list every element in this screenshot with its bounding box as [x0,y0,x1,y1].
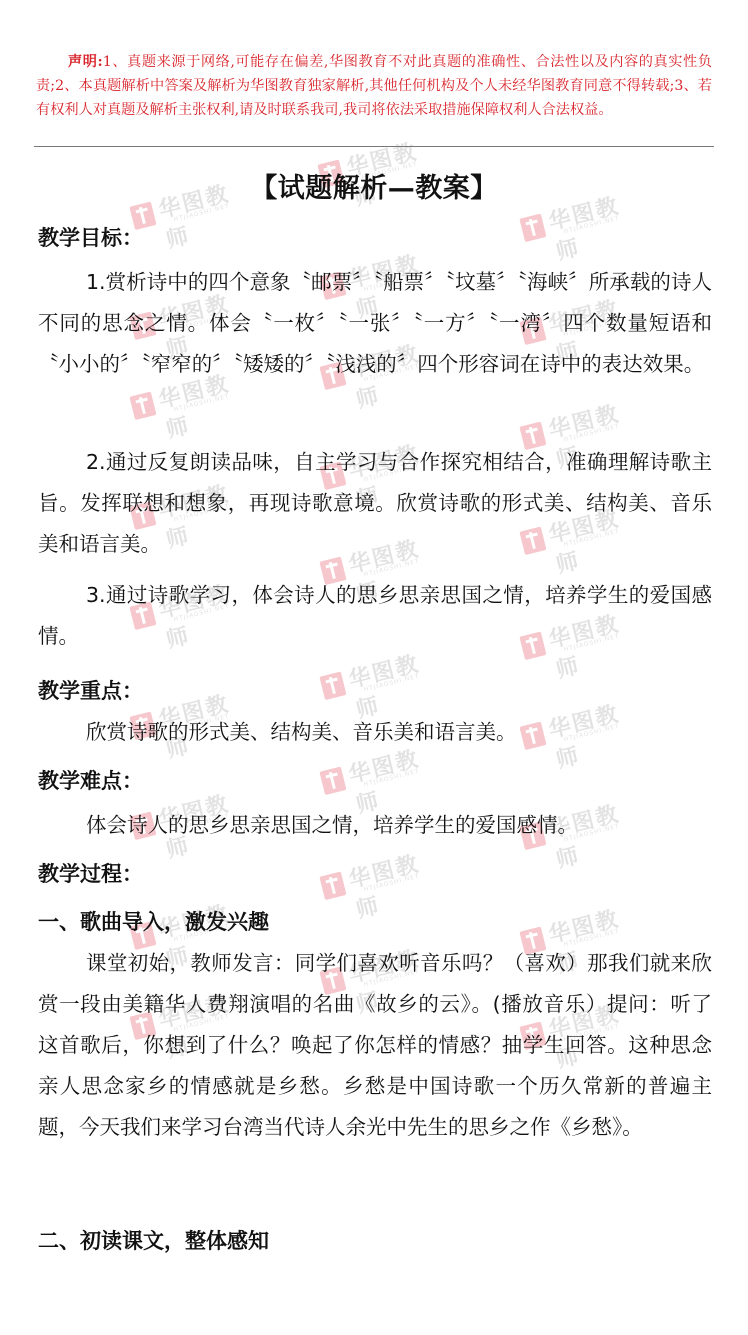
goal-item-3: 3.通过诗歌学习，体会诗人的思乡思亲思国之情，培养学生的爱国感情。 [38,575,712,657]
watermark-logo-icon: 华图教师HTJIAOSHI.NET [316,836,443,908]
section-heading-difficulties: 教学难点： [38,765,143,795]
key-points-text: 欣赏诗歌的形式美、结构美、音乐美和语言美。 [38,712,712,753]
section-heading-goals: 教学目标： [38,222,143,252]
divider [34,146,714,147]
disclaimer-label: 声明: [36,54,103,70]
step1-heading: 一、歌曲导入，激发兴趣 [38,906,269,936]
difficulties-text: 体会诗人的思乡思亲思国之情，培养学生的爱国感情。 [38,805,712,846]
section-heading-process: 教学过程： [38,858,143,888]
goal-item-1: 1.赏析诗中的四个意象〝邮票〞〝船票〞〝坟墓〞〝海峡〞所承载的诗人不同的思念之情… [38,262,712,385]
step1-text: 课堂初始，教师发言：同学们喜欢听音乐吗？（喜欢）那我们就来欣赏一段由美籍华人费翔… [38,943,712,1148]
step2-heading: 二、初读课文，整体感知 [38,1225,269,1255]
section-heading-key-points: 教学重点： [38,675,143,705]
disclaimer-text: 1、真题来源于网络,可能存在偏差,华图教育不对此真题的准确性、合法性以及内容的真… [36,54,712,118]
goal-item-2: 2.通过反复朗读品味，自主学习与合作探究相结合，准确理解诗歌主旨。发挥联想和想象… [38,442,712,565]
document-page: 华图教师HTJIAOSHI.NET 华图教师HTJIAOSHI.NET 华图教师… [0,0,748,1335]
disclaimer: 声明:1、真题来源于网络,可能存在偏差,华图教育不对此真题的准确性、合法性以及内… [36,50,712,122]
page-title: 【试题解析—教案】 [0,166,748,205]
